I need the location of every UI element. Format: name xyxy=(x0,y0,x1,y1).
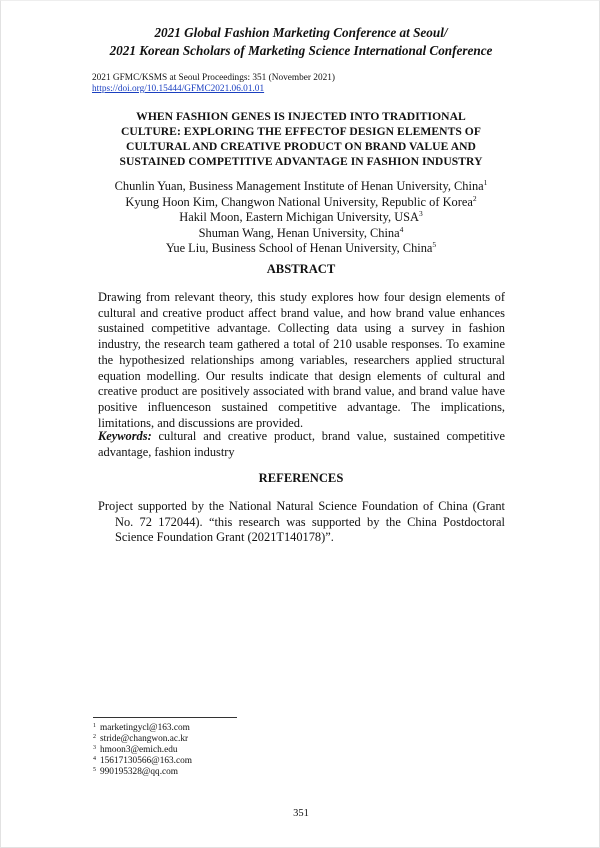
keywords-text: cultural and creative product, brand val… xyxy=(98,429,505,459)
footnote-item: 2stride@changwon.ac.kr xyxy=(93,734,192,745)
conference-header-line1: 2021 Global Fashion Marketing Conference… xyxy=(1,24,600,41)
paper-title: WHEN FASHION GENES IS INJECTED INTO TRAD… xyxy=(96,109,506,169)
footnote-marker: 3 xyxy=(419,209,423,218)
author-line: Kyung Hoon Kim, Changwon National Univer… xyxy=(1,195,600,211)
page-number: 351 xyxy=(1,808,600,819)
keywords-label: Keywords: xyxy=(98,429,152,443)
citation-line: 2021 GFMC/KSMS at Seoul Proceedings: 351… xyxy=(92,73,335,84)
footnote-marker: 4 xyxy=(400,225,404,234)
footnote-item: 3hmoon3@emich.edu xyxy=(93,745,192,756)
author-list: Chunlin Yuan, Business Management Instit… xyxy=(1,179,600,257)
title-line: CULTURAL AND CREATIVE PRODUCT ON BRAND V… xyxy=(96,139,506,154)
conference-header-line2: 2021 Korean Scholars of Marketing Scienc… xyxy=(1,42,600,59)
abstract-heading: ABSTRACT xyxy=(1,262,600,277)
footnote-marker: 2 xyxy=(473,194,477,203)
footnote-divider xyxy=(93,717,237,718)
references-heading: REFERENCES xyxy=(1,471,600,486)
footnote-item: 5990195328@qq.com xyxy=(93,767,192,778)
doi-link[interactable]: https://doi.org/10.15444/GFMC2021.06.01.… xyxy=(92,84,264,95)
footnote-item: 1marketingycl@163.com xyxy=(93,723,192,734)
author-line: Hakil Moon, Eastern Michigan University,… xyxy=(1,210,600,226)
author-line: Shuman Wang, Henan University, China4 xyxy=(1,226,600,242)
author-line: Yue Liu, Business School of Henan Univer… xyxy=(1,241,600,257)
title-line: CULTURE: EXPLORING THE EFFECTOF DESIGN E… xyxy=(96,124,506,139)
footnote-marker: 5 xyxy=(432,240,436,249)
abstract-body: Drawing from relevant theory, this study… xyxy=(98,290,505,431)
title-line: WHEN FASHION GENES IS INJECTED INTO TRAD… xyxy=(96,109,506,124)
reference-item: Project supported by the National Natura… xyxy=(98,499,505,546)
footnotes: 1marketingycl@163.com 2stride@changwon.a… xyxy=(93,723,192,778)
author-line: Chunlin Yuan, Business Management Instit… xyxy=(1,179,600,195)
footnote-marker: 1 xyxy=(484,178,488,187)
keywords-paragraph: Keywords: cultural and creative product,… xyxy=(98,429,505,460)
title-line: SUSTAINED COMPETITIVE ADVANTAGE IN FASHI… xyxy=(96,154,506,169)
paper-page: 2021 Global Fashion Marketing Conference… xyxy=(0,0,600,848)
footnote-item: 415617130566@163.com xyxy=(93,756,192,767)
